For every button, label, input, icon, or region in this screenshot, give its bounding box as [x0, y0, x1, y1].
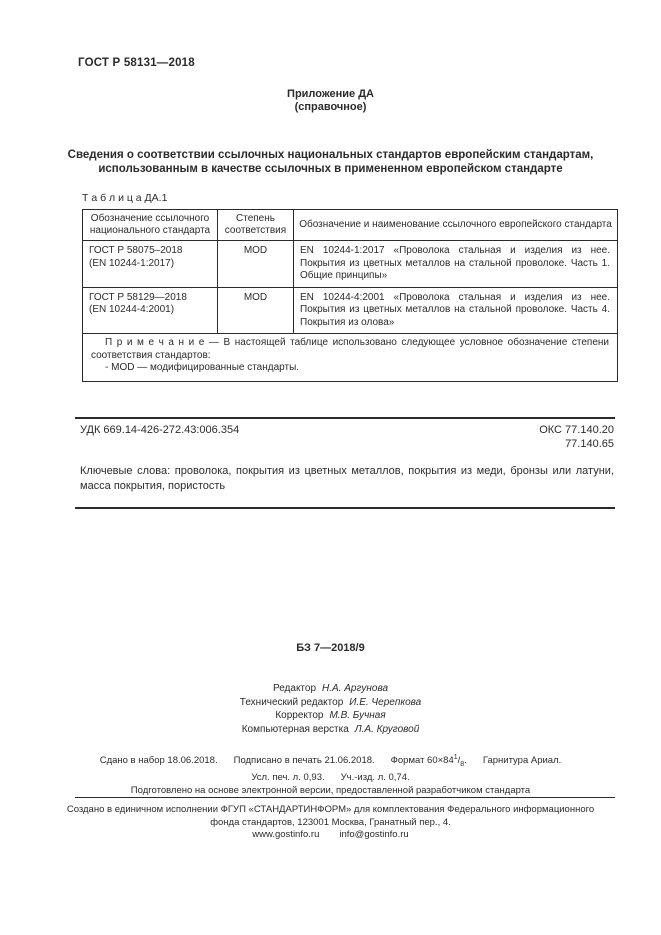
- credit-role: Технический редактор: [240, 697, 343, 708]
- imprint-line-2: Усл. печ. л. 0,93.Уч.-изд. л. 0,74.: [0, 771, 661, 784]
- imprint-pub-sheets: Уч.-изд. л. 0,74.: [341, 772, 410, 783]
- classification-row: УДК 669.14-426-272.43:006.354 ОКС 77.140…: [80, 423, 614, 451]
- imprint-typeface: Гарнитура Ариал.: [483, 755, 561, 766]
- cell-national-standard: ГОСТ Р 58129—2018 (EN 10244-4:2001): [83, 287, 218, 334]
- imprint-line-1: Сдано в набор 18.06.2018.Подписано в печ…: [0, 751, 661, 771]
- credit-line-technical-editor: Технический редакторИ.Е. Черепкова: [0, 696, 661, 710]
- credit-role: Редактор: [273, 683, 316, 694]
- oks-codes: ОКС 77.140.20 77.140.65: [539, 423, 614, 451]
- publisher-footer: Создано в единичном исполнении ФГУП «СТА…: [0, 804, 661, 842]
- cell-national-standard: ГОСТ Р 58075–2018 (EN 10244-1:2017): [83, 241, 218, 288]
- credit-line-proofreader: КорректорМ.В. Бучная: [0, 709, 661, 723]
- imprint-set-date: Сдано в набор 18.06.2018.: [100, 755, 218, 766]
- table-note-text: П р и м е ч а н и е — В настоящей таблиц…: [91, 337, 609, 362]
- credit-name: Л.А. Круговой: [355, 724, 420, 735]
- credits-block: РедакторН.А. Аргунова Технический редакт…: [0, 682, 661, 736]
- footer-line-2: фонда стандартов, 123001 Москва, Гранатн…: [0, 817, 661, 830]
- table-row: ГОСТ Р 58129—2018 (EN 10244-4:2001) MOD …: [83, 287, 618, 334]
- keywords-paragraph: Ключевые слова: проволока, покрытия из ц…: [80, 464, 614, 494]
- divider-below-keywords: [75, 507, 615, 509]
- table-note-row: П р и м е ч а н и е — В настоящей таблиц…: [83, 334, 618, 382]
- col-header-european-standard: Обозначение и наименование ссылочного ев…: [294, 210, 618, 241]
- table-header-row: Обозначение ссылочного национального ста…: [83, 210, 618, 241]
- reference-standards-table: Обозначение ссылочного национального ста…: [82, 209, 618, 382]
- table-note-cell: П р и м е ч а н и е — В настоящей таблиц…: [83, 334, 618, 382]
- gost-standard-page: ГОСТ Р 58131—2018 Приложение ДА (справоч…: [0, 0, 661, 935]
- imprint-print-sheets: Усл. печ. л. 0,93.: [251, 772, 324, 783]
- annex-kind: (справочное): [0, 101, 661, 114]
- credit-name: И.Е. Черепкова: [349, 697, 421, 708]
- credit-role: Корректор: [275, 710, 323, 721]
- credit-role: Компьютерная верстка: [242, 724, 349, 735]
- annex-header: Приложение ДА (справочное): [0, 88, 661, 114]
- doc-number: ГОСТ Р 58131—2018: [78, 57, 195, 69]
- credit-line-editor: РедакторН.А. Аргунова: [0, 682, 661, 696]
- divider-above-footer: [75, 797, 615, 798]
- oks-code-line1: ОКС 77.140.20: [539, 423, 614, 437]
- cell-european-standard: EN 10244-1:2017 «Проволока стальная и из…: [294, 241, 618, 288]
- national-standard-en-ref: (EN 10244-4:2001): [89, 304, 211, 317]
- national-standard-en-ref: (EN 10244-1:2017): [89, 258, 211, 271]
- national-standard-number: ГОСТ Р 58129—2018: [89, 292, 211, 305]
- publisher-email-link: info@gostinfo.ru: [339, 829, 408, 840]
- imprint-line-3: Подготовлено на основе электронной верси…: [0, 784, 661, 797]
- table-label: Т а б л и ц а ДА.1: [82, 192, 167, 204]
- col-header-degree: Степень соответствия: [218, 210, 294, 241]
- footer-links: www.gostinfo.ruinfo@gostinfo.ru: [0, 829, 661, 842]
- imprint-print-date: Подписано в печать 21.06.2018.: [234, 755, 375, 766]
- credit-name: Н.А. Аргунова: [322, 683, 388, 694]
- oks-code-line2: 77.140.65: [539, 437, 614, 451]
- publisher-website-link: www.gostinfo.ru: [252, 829, 319, 840]
- cell-european-standard: EN 10244-4:2001 «Проволока стальная и из…: [294, 287, 618, 334]
- national-standard-number: ГОСТ Р 58075–2018: [89, 245, 211, 258]
- divider-above-udk: [75, 417, 615, 419]
- section-heading: Сведения о соответствии ссылочных национ…: [50, 148, 611, 176]
- table-row: ГОСТ Р 58075–2018 (EN 10244-1:2017) MOD …: [83, 241, 618, 288]
- col-header-national-standard: Обозначение ссылочного национального ста…: [83, 210, 218, 241]
- cell-degree: MOD: [218, 287, 294, 334]
- annex-title: Приложение ДА: [0, 88, 661, 101]
- credit-line-layout: Компьютерная версткаЛ.А. Круговой: [0, 723, 661, 737]
- bz-code: БЗ 7—2018/9: [0, 642, 661, 654]
- cell-degree: MOD: [218, 241, 294, 288]
- imprint-format: Формат 60×841/8.: [391, 755, 483, 766]
- table-note-item: - MOD — модифицированные стандарты.: [91, 362, 609, 375]
- credit-name: М.В. Бучная: [329, 710, 385, 721]
- imprint-block: Сдано в набор 18.06.2018.Подписано в печ…: [0, 751, 661, 797]
- udk-code: УДК 669.14-426-272.43:006.354: [80, 423, 239, 451]
- footer-line-1: Создано в единичном исполнении ФГУП «СТА…: [0, 804, 661, 817]
